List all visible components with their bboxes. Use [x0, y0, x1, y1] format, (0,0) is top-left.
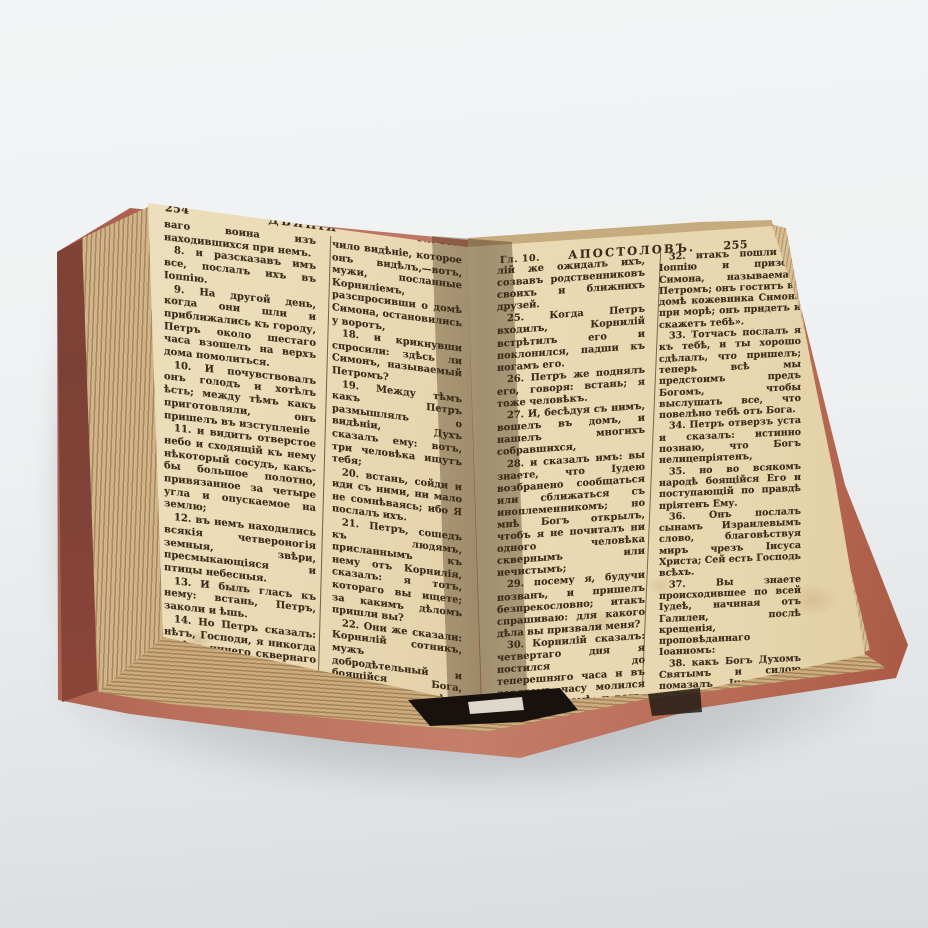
verse-paragraph: 21. Петръ, сошедъ къ людямъ, присланнымъ…	[332, 516, 462, 633]
right-running-head: АПОСТОЛОВЪ.	[568, 240, 695, 262]
verse-paragraph: 9. На другой день, когда они шли и прибл…	[164, 283, 316, 376]
left-running-head: ДѢЯНІЯ	[268, 212, 338, 234]
verse-paragraph: 25. Когда Петръ входилъ, Корнилій встрѣт…	[497, 304, 645, 375]
verse-paragraph: 19. Между тѣмъ какъ Петръ размышлялъ о в…	[332, 378, 462, 483]
verse-paragraph: 28. и сказалъ имъ: вы знаете, что Іудею …	[497, 449, 645, 580]
left-page-number: 254	[165, 201, 189, 217]
verse-paragraph: 20. встань, сойди и иди съ ними, ни мало…	[332, 466, 462, 533]
left-page-header: 254 ДѢЯНІЯ Гл. 10.	[165, 200, 457, 249]
left-page-column-2: чило видѣніе, которое онъ видѣлъ,—вотъ, …	[332, 239, 462, 928]
right-page-column-divider	[642, 252, 661, 688]
verse-paragraph: 24. Въ слѣдующій день пришли они въ Кеса…	[332, 881, 462, 928]
verse-paragraph: 13. И былъ гласъ къ нему: встань, Петръ,…	[164, 575, 316, 630]
verse-paragraph: 27. И, бесѣдуя съ нимъ, вошелъ въ домъ, …	[497, 401, 645, 460]
verse-paragraph: 8. и разсказавъ имъ все, послалъ ихъ въ …	[164, 244, 316, 299]
photo-scene: 254 ДѢЯНІЯ Гл. 10. ваго воина изъ находи…	[0, 0, 928, 928]
verse-paragraph: 36. Онъ послалъ сынамъ Израилевымъ слово…	[659, 506, 801, 580]
verse-paragraph: 12. въ немъ находились всякія четвероног…	[164, 511, 316, 592]
verse-paragraph: 23. Тогда Петръ, пригласивъ ихъ, угостил…	[332, 781, 462, 898]
verse-paragraph: 26. Петръ же поднялъ его, говоря: встань…	[497, 364, 645, 411]
verse-paragraph: чило видѣніе, которое онъ видѣлъ,—вотъ, …	[332, 239, 462, 344]
verse-paragraph: 11. и видитъ отверстое небо и сходящій к…	[164, 422, 316, 528]
verse-paragraph: 10. И почувствовалъ онъ голодъ и хотѣлъ …	[164, 359, 316, 440]
left-page-column-divider	[318, 236, 331, 680]
verse-paragraph: 34. Петръ отверзъ уста и сказалъ: истинн…	[659, 415, 801, 466]
verse-paragraph: 37. Вы знаете происходившее по всей Іуде…	[659, 573, 801, 658]
verse-paragraph: 32. итакъ пошли въ Іоппію и призови Симо…	[659, 246, 801, 331]
right-page-number: 255	[724, 238, 748, 252]
verse-paragraph: 29. посему я, будучи позванъ, и пришелъ …	[497, 570, 645, 641]
verse-paragraph: 33. Тотчасъ послалъ я къ тебѣ, и ты хоро…	[659, 325, 801, 422]
right-chapter-marker: Гл. 10.	[500, 253, 540, 266]
verse-paragraph: 35. но во всякомъ народѣ боящійся Его и …	[659, 460, 801, 511]
verse-paragraph: ваго воина изъ находившихся при немъ.	[164, 219, 316, 261]
verse-paragraph: лій же ожидалъ ихъ, созвавъ родственнико…	[497, 256, 645, 315]
verse-paragraph: 18. и крикнувши спросили: здѣсь ли Симон…	[332, 327, 462, 394]
